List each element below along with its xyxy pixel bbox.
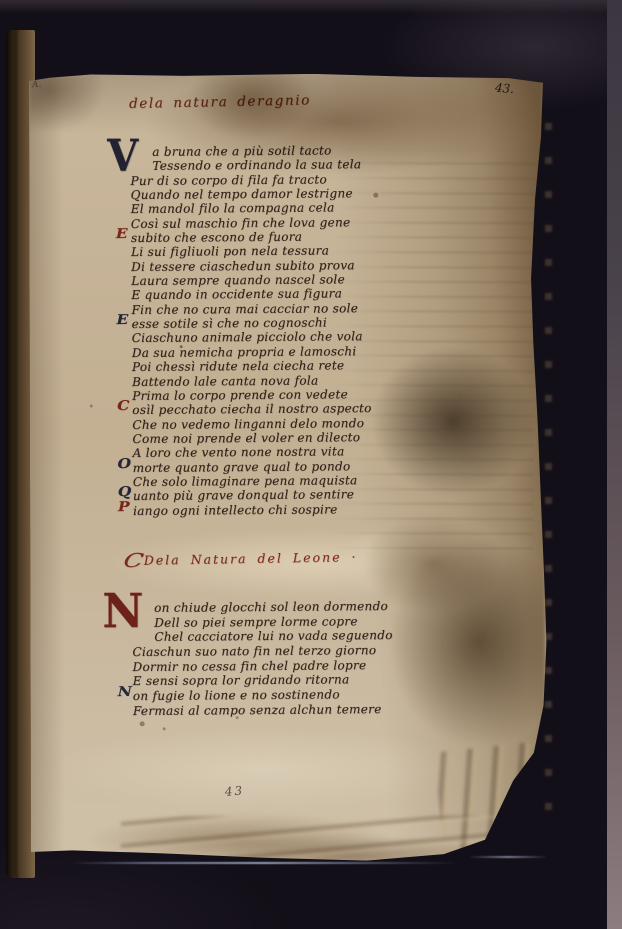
ink-layer: dela natura deragnio 43. V a bruna che a… xyxy=(29,73,547,864)
tercet-initial: O xyxy=(118,456,134,472)
rubric-lion: CDela Natura del Leone · xyxy=(126,546,358,572)
leaf-fore-edges xyxy=(545,120,552,810)
verse-text: Fermasi al campo senza alchun temere xyxy=(133,702,382,718)
gutter-margin-note: A. xyxy=(32,80,42,90)
tercet-initial: P xyxy=(118,499,134,515)
page-edge-glint-right xyxy=(468,856,548,858)
tercet-initial: N xyxy=(118,684,134,700)
folio-number-top: 43. xyxy=(494,81,514,97)
parchment-page: dela natura deragnio 43. V a bruna che a… xyxy=(29,73,547,864)
rubric-flourish: C xyxy=(122,550,145,572)
chapter-heading-spider: dela natura deragnio xyxy=(129,92,311,112)
lion-poem-block: on chiude glocchi sol leon dormendo Dell… xyxy=(118,595,393,715)
scan-edge-strip xyxy=(607,0,622,929)
verse-line: P iango ogni intellecto chi sospire xyxy=(119,498,372,514)
spider-poem-block: a bruna che a più sotil tacto Tessendo e… xyxy=(116,139,372,514)
tercet-initial: E xyxy=(116,312,132,328)
verse-text: iango ogni intellecto chi sospire xyxy=(133,502,338,518)
rubric-text: Dela Natura del Leone · xyxy=(144,549,358,568)
tercet-initial: E xyxy=(116,226,132,242)
page-edge-glint xyxy=(70,862,460,864)
manuscript-photo: dela natura deragnio 43. V a bruna che a… xyxy=(0,0,622,929)
verse-line: Fermasi al campo senza alchun temere xyxy=(119,698,394,715)
tercet-initial: C xyxy=(117,398,133,414)
folio-number-bottom: 43 xyxy=(224,783,244,798)
